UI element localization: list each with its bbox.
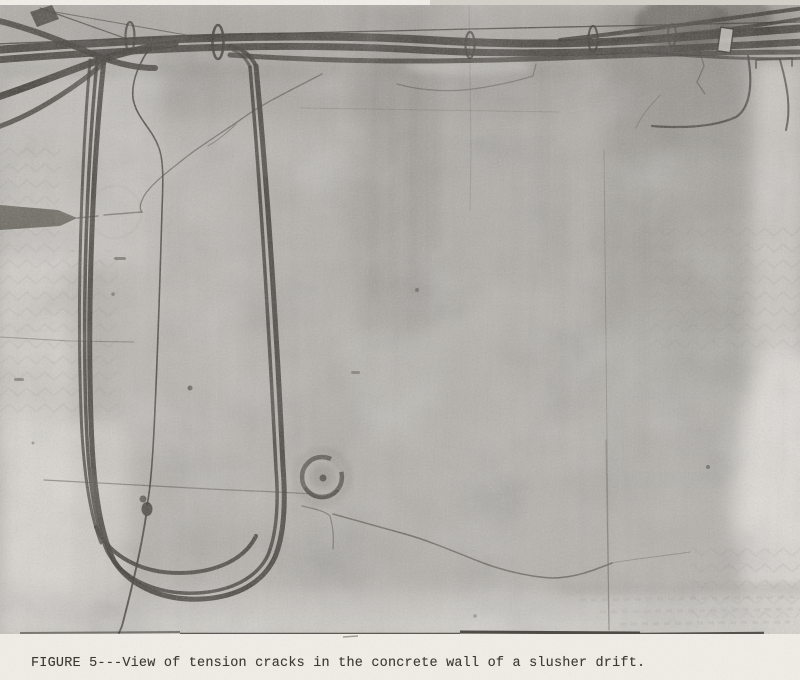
photo-area (0, 0, 800, 650)
film-grain (0, 5, 800, 634)
figure-caption: FIGURE 5---View of tension cracks in the… (31, 656, 771, 672)
scanned-page: FIGURE 5---View of tension cracks in the… (0, 0, 800, 680)
figure-photo (0, 0, 800, 680)
stray-mark (343, 636, 358, 637)
